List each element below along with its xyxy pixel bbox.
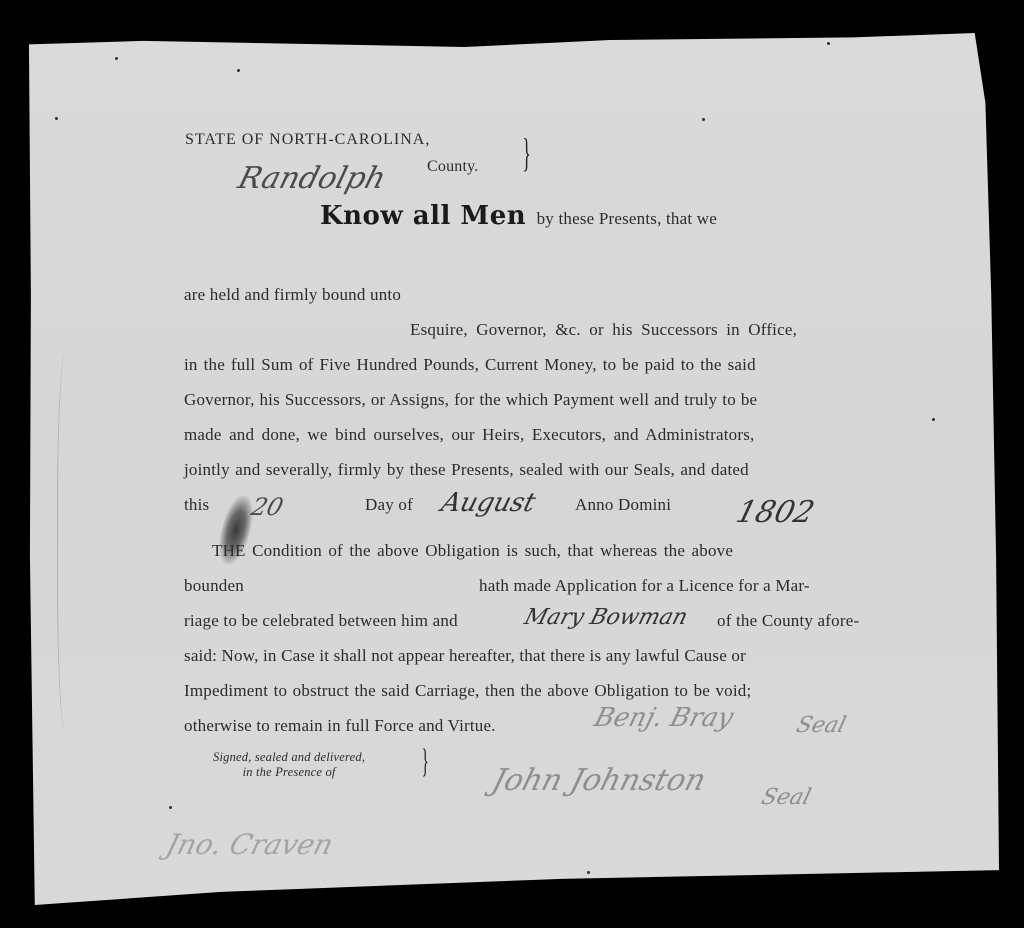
paper-fold-edge xyxy=(57,353,78,733)
paper-speck xyxy=(702,118,705,121)
witness-signature: Jno. Craven xyxy=(163,828,337,861)
paper-speck xyxy=(932,418,935,421)
paper-speck xyxy=(169,806,172,809)
date-this-label: this xyxy=(184,495,209,515)
opening-line: Know all Men by these Presents, that we xyxy=(320,201,717,231)
body-line-4: Governor, his Successors, or Assigns, fo… xyxy=(184,390,757,410)
seal-2: Seal xyxy=(759,785,814,810)
condition-line-1: THE Condition of the above Obligation is… xyxy=(212,541,733,561)
condition-line-3b: of the County afore- xyxy=(717,611,859,631)
witness-line-2: in the Presence of xyxy=(213,765,365,780)
condition-line-4: said: Now, in Case it shall not appear h… xyxy=(184,646,746,666)
opening-rest: by these Presents, that we xyxy=(537,209,717,228)
body-line-1: are held and firmly bound unto xyxy=(184,285,401,305)
paper-speck xyxy=(827,42,830,45)
body-line-3: in the full Sum of Five Hundred Pounds, … xyxy=(184,355,756,375)
day-handwritten: 20 xyxy=(248,493,286,521)
condition-line-5: Impediment to obstruct the said Carriage… xyxy=(184,681,751,701)
header-brace: } xyxy=(522,129,531,176)
condition-line-2: hath made Application for a Licence for … xyxy=(479,576,810,596)
document-paper: STATE OF NORTH-CAROLINA, County. } Rando… xyxy=(27,33,999,905)
bride-handwritten: Mary Bowman xyxy=(522,605,691,630)
paper-speck xyxy=(237,69,240,72)
opening-blackletter: Know all Men xyxy=(320,201,526,231)
signature-2: John Johnston xyxy=(488,763,709,798)
body-line-6: jointly and severally, firmly by these P… xyxy=(184,460,749,480)
county-handwritten: Randolph xyxy=(234,161,389,196)
signature-1: Benj. Bray xyxy=(591,703,737,733)
county-label: County. xyxy=(427,158,478,176)
body-line-2: Esquire, Governor, &c. or his Successors… xyxy=(410,320,797,340)
state-heading: STATE OF NORTH-CAROLINA, xyxy=(185,131,430,149)
paper-speck xyxy=(587,871,590,874)
day-of-label: Day of xyxy=(365,495,413,515)
seal-1: Seal xyxy=(794,713,849,738)
month-handwritten: August xyxy=(438,488,539,518)
condition-bounden: bounden xyxy=(184,576,244,596)
body-line-5: made and done, we bind ourselves, our He… xyxy=(184,425,754,445)
condition-line-3: riage to be celebrated between him and xyxy=(184,611,458,631)
anno-domini-label: Anno Domini xyxy=(575,495,671,515)
paper-speck xyxy=(115,57,118,60)
witness-brace: } xyxy=(421,743,428,781)
witness-block: Signed, sealed and delivered, in the Pre… xyxy=(213,750,365,780)
paper-speck xyxy=(55,117,58,120)
condition-line-6: otherwise to remain in full Force and Vi… xyxy=(184,716,496,736)
witness-line-1: Signed, sealed and delivered, xyxy=(213,750,365,765)
year-handwritten: 1802 xyxy=(732,495,818,530)
